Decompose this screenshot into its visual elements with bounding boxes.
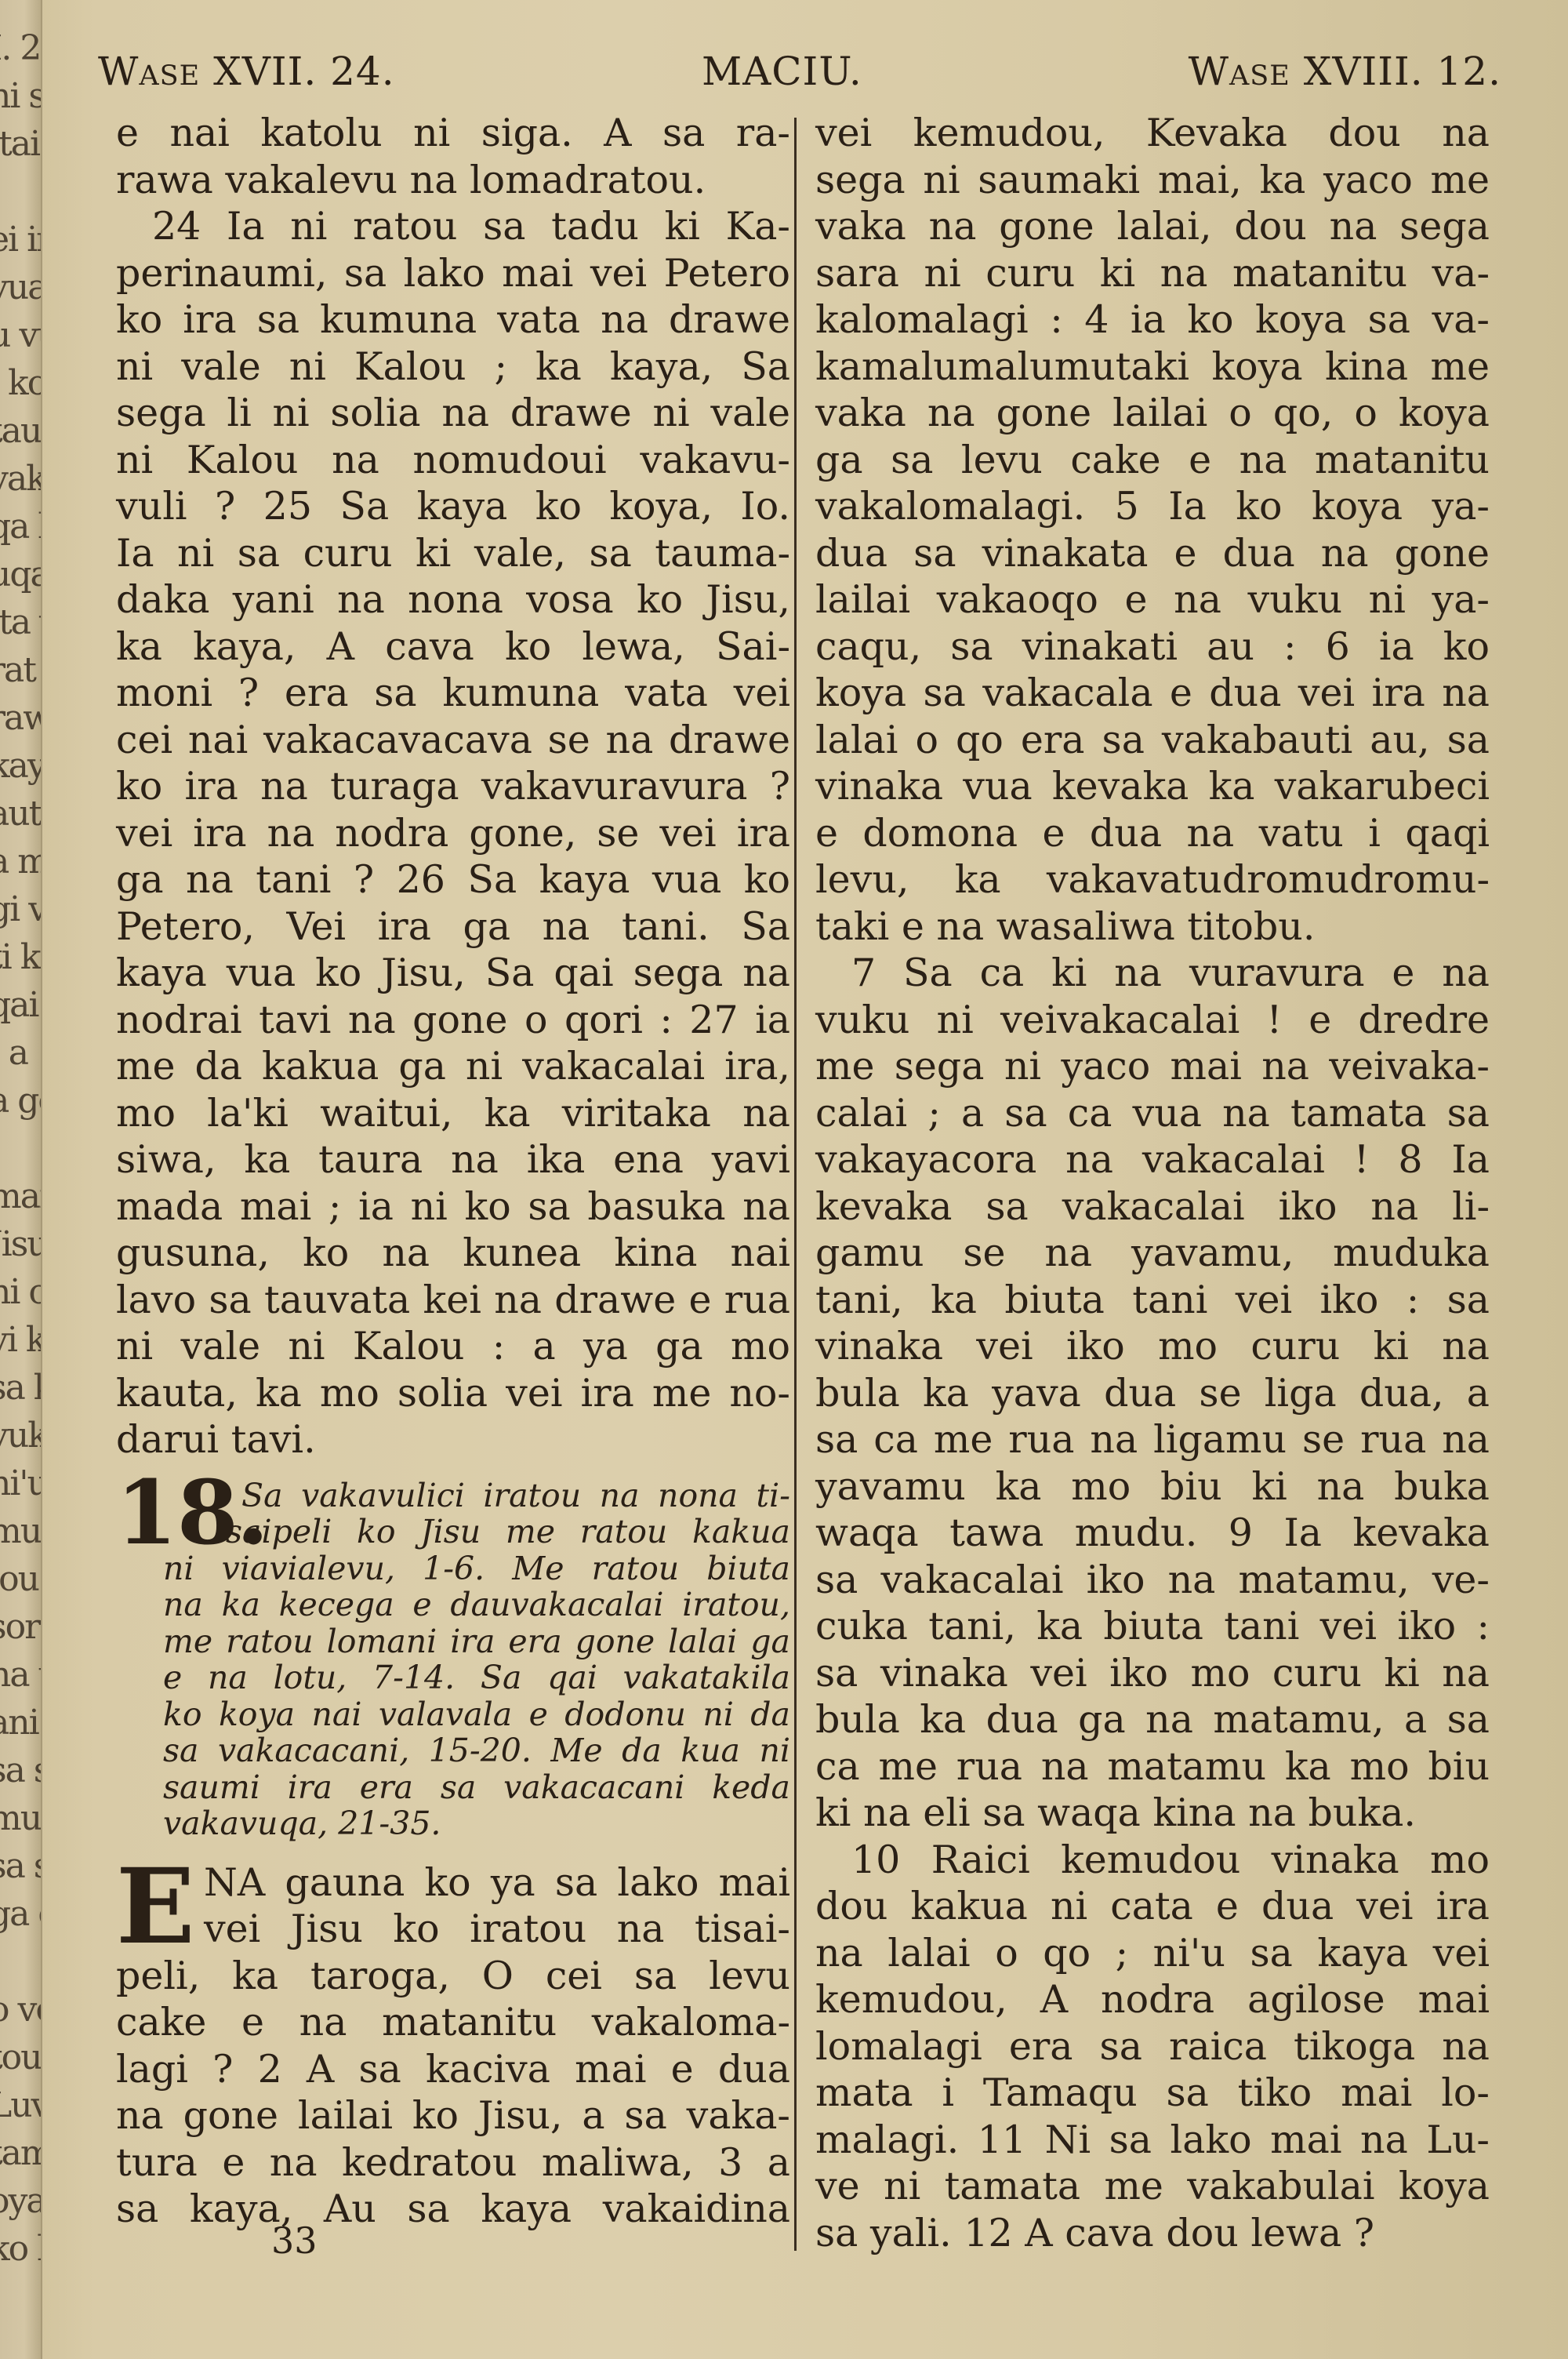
bleed-text: sa ka	[0, 1371, 42, 1405]
bleed-text: gi vi	[0, 892, 42, 927]
bleed-text: a me	[0, 845, 42, 879]
bleed-text: uqa l	[0, 558, 42, 592]
text-line: perinaumi, sa lako mai vei Petero	[116, 250, 790, 297]
bleed-text: ei ir	[0, 223, 42, 257]
bleed-text: ko koy	[0, 2232, 42, 2266]
text-line: ko ira sa kumuna vata na drawe	[116, 296, 790, 343]
bleed-text: o voli	[0, 1993, 42, 2027]
text-line: me ratou lomani ira era gone lalai ga	[116, 1623, 790, 1660]
bleed-text: qai v	[0, 988, 42, 1023]
text-line: mo la'ki waitui, ka viritaka na	[116, 1090, 790, 1137]
text-line: bula ka yava dua se liga dua, a	[815, 1370, 1490, 1417]
text-line: kalomalagi : 4 ia ko koya sa va-	[815, 296, 1490, 343]
bleed-text: Jisu,	[0, 1227, 42, 1262]
bleed-text: tamat	[0, 2136, 42, 2171]
text-line: ni vale ni Kalou : a ya ga mo	[116, 1323, 790, 1370]
bleed-text: I. 2	[0, 31, 42, 66]
text-line: me da kakua ga ni vakacalai ira,	[116, 1043, 790, 1090]
text-line: kauta, ka mo solia vei ira me no-	[116, 1370, 790, 1417]
text-line: waqa tawa mudu. 9 Ia kevaka	[815, 1510, 1490, 1557]
text-line: ko ira na turaga vakavuravura ?	[116, 763, 790, 810]
header-left-reference: Wase XVII. 24.	[98, 49, 395, 94]
bleed-text: sore	[0, 1610, 42, 1645]
text-line: vinaka vua kevaka ka vakarubeci	[815, 763, 1490, 810]
running-header: Wase XVII. 24. MACIU. Wase XVIII. 12.	[98, 49, 1501, 104]
text-line: me sega ni yaco mai na veivaka-	[815, 1043, 1490, 1090]
text-line: yavamu ka mo biu ki na buka	[815, 1463, 1490, 1510]
text-line: na ka kecega e dauvakacalai iratou,	[116, 1587, 790, 1623]
bleed-text: oya,	[0, 2184, 42, 2219]
bleed-text: vi ko	[0, 1323, 42, 1358]
text-line: daka yani na nona vosa ko Jisu,	[116, 576, 790, 623]
text-line: sa vakacalai iko na matamu, ve-	[815, 1557, 1490, 1604]
text-line: 7 Sa ca ki na vuravura e na	[815, 950, 1490, 997]
text-line: peli, ka taroga, O cei sa levu	[116, 1953, 790, 2000]
bleed-text: ni'u	[0, 1467, 42, 1501]
column-divider	[794, 118, 797, 2251]
text-line: kevaka sa vakacalai iko na li-	[815, 1183, 1490, 1230]
bleed-text: ni ca	[0, 1275, 42, 1310]
bleed-text: vak	[0, 462, 42, 496]
right-column-verses: vei kemudou, Kevaka dou nasega ni saumak…	[815, 110, 1490, 2256]
text-line: sa yali. 12 A cava dou lewa ?	[815, 2210, 1490, 2257]
text-line: na lalai o qo ; ni'u sa kaya vei	[815, 1930, 1490, 1977]
bleed-text: tau	[0, 414, 42, 449]
text-line: e na lotu, 7-14. Sa qai vakatakila	[116, 1659, 790, 1696]
text-line: gusuna, ko na kunea kina nai	[116, 1230, 790, 1277]
text-line: caqu, sa vinakati au : 6 ia ko	[815, 623, 1490, 671]
bleed-text: a go	[0, 1084, 42, 1118]
bleed-text: Luve	[0, 2088, 42, 2123]
bleed-text: lou	[0, 1562, 42, 1597]
text-line: ni Kalou na nomudoui vakavu-	[116, 437, 790, 484]
text-line: siwa, ka taura na ika ena yavi	[116, 1136, 790, 1183]
text-line: moni ? era sa kumuna vata vei	[116, 670, 790, 717]
bleed-text: mudo	[0, 1514, 42, 1549]
bleed-text: ; a	[0, 1036, 42, 1070]
text-line: sara ni curu ki na matanitu va-	[815, 250, 1490, 297]
text-line: sa vinaka vei iko mo curu ki na	[815, 1650, 1490, 1697]
left-column-verses: e nai katolu ni siga. A sa ra-rawa vakal…	[116, 110, 790, 1463]
bleed-text: sa se	[0, 1849, 42, 1884]
text-line: ko koya nai valavala e dodonu ni da	[116, 1696, 790, 1733]
bleed-text: qa l	[0, 510, 42, 544]
text-line: lalai o qo era sa vakabauti au, sa	[815, 717, 1490, 764]
bleed-text: raw	[0, 701, 42, 736]
text-line: ni vale ni Kalou ; ka kaya, Sa	[116, 343, 790, 391]
text-line: tani, ka biuta tani vei iko : sa	[815, 1277, 1490, 1324]
text-line: ki na eli sa waqa kina na buka.	[815, 1790, 1490, 1837]
bleed-text: i koy	[0, 366, 42, 401]
text-line: lavo sa tauvata kei na drawe e rua	[116, 1277, 790, 1324]
bleed-text: ni s	[0, 79, 42, 114]
text-line: e domona e dua na vatu i qaqi	[815, 810, 1490, 857]
text-line: calai ; a sa ca vua na tamata sa	[815, 1090, 1490, 1137]
bleed-text: vuku	[0, 1419, 42, 1453]
drop-cap: E	[116, 1864, 195, 1950]
text-line: ka kaya, A cava ko lewa, Sai-	[116, 623, 790, 671]
text-line: sa vakacacani, 15-20. Me da kua ni	[116, 1732, 790, 1769]
bleed-text: rat	[0, 653, 42, 688]
text-line: vaka na gone lailai o qo, o koya	[815, 390, 1490, 437]
text-line: cei nai vakacavacava se na drawe	[116, 717, 790, 764]
bleed-text: ani k	[0, 1706, 42, 1740]
left-column: e nai katolu ni siga. A sa ra-rawa vakal…	[116, 110, 790, 2233]
text-line: mada mai ; ia ni ko sa basuka na	[116, 1183, 790, 1230]
bleed-text: itais	[0, 127, 42, 162]
text-line: vuli ? 25 Sa kaya ko koya, Io.	[116, 483, 790, 530]
text-line: vuku ni veivakacalai ! e dredre	[815, 997, 1490, 1044]
bleed-text: u vu	[0, 318, 42, 353]
text-line: kemudou, A nodra agilose mai	[815, 1976, 1490, 2023]
text-line: dou kakua ni cata e dua vei ira	[815, 1883, 1490, 1930]
header-right-reference: Wase XVIII. 12.	[1189, 49, 1501, 94]
text-line: nodrai tavi na gone o qori : 27 ia	[116, 997, 790, 1044]
text-line: vei ira na nodra gone, se vei ira	[116, 810, 790, 857]
text-line: vei kemudou, Kevaka dou na	[815, 110, 1490, 157]
book-title: MACIU.	[702, 49, 862, 94]
text-line: vakalomalagi. 5 Ia ko koya ya-	[815, 483, 1490, 530]
text-line: Petero, Vei ira ga na tani. Sa	[116, 903, 790, 951]
text-line: cuka tani, ka biuta tani vei iko :	[815, 1603, 1490, 1650]
chapter-opening: E NA gauna ko ya sa lako maivei Jisu ko …	[116, 1859, 790, 2233]
text-line: ca me rua na matamu ka mo biu	[815, 1743, 1490, 1790]
text-line: malagi. 11 Ni sa lako mai na Lu-	[815, 2117, 1490, 2164]
text-line: na gone lailai ko Jisu, a sa vaka-	[116, 2092, 790, 2139]
text-line: ve ni tamata me vakabulai koya	[815, 2163, 1490, 2210]
text-line: vakavuqa, 21-35.	[116, 1805, 790, 1842]
text-line: Ia ni sa curu ki vale, sa tauma-	[116, 530, 790, 577]
bleed-text: tou k	[0, 2041, 42, 2075]
text-line: kamalumalumutaki koya kina me	[815, 343, 1490, 391]
text-line: gamu se na yavamu, muduka	[815, 1230, 1490, 1277]
text-line: 10 Raici kemudou vinaka mo	[815, 1837, 1490, 1884]
text-line: kaya vua ko Jisu, Sa qai sega na	[116, 950, 790, 997]
text-line: vinaka vei iko mo curu ki na	[815, 1323, 1490, 1370]
text-line: sega li ni solia na drawe ni vale	[116, 390, 790, 437]
text-line: ga na tani ? 26 Sa kaya vua ko	[116, 856, 790, 903]
text-line: koya sa vakacala e dua vei ira na	[815, 670, 1490, 717]
book-page: I. 2ni sitaisei irvuau vui koytauvakqa l…	[0, 0, 1568, 2359]
text-line: bula ka dua ga na matamu, a sa	[815, 1696, 1490, 1743]
text-line: vakayacora na vakacalai ! 8 Ia	[815, 1136, 1490, 1183]
text-line: NA gauna ko ya sa lako mai	[116, 1859, 790, 1906]
text-line: dua sa vinakata e dua na gone	[815, 530, 1490, 577]
text-line: ga sa levu cake e na matanitu	[815, 437, 1490, 484]
bleed-text: kay	[0, 749, 42, 783]
bleed-text: auta l	[0, 797, 42, 831]
text-line: sega ni saumaki mai, ka yaco me	[815, 157, 1490, 204]
text-line: lomalagi era sa raica tikoga na	[815, 2023, 1490, 2070]
text-line: lagi ? 2 A sa kaciva mai e dua	[116, 2046, 790, 2093]
text-line: levu, ka vakavatudromudromu-	[815, 856, 1490, 903]
text-line: sa ca me rua na ligamu se rua na	[815, 1416, 1490, 1463]
text-line: lailai vakaoqo e na vuku ni ya-	[815, 576, 1490, 623]
text-line: e nai katolu ni siga. A sa ra-	[116, 110, 790, 157]
text-line: rawa vakalevu na lomadratou.	[116, 157, 790, 204]
text-line: 24 Ia ni ratou sa tadu ki Ka-	[116, 203, 790, 250]
text-line: taki e na wasaliwa titobu.	[815, 903, 1490, 951]
right-column: vei kemudou, Kevaka dou nasega ni saumak…	[815, 110, 1490, 2256]
text-line: tura e na kedratou maliwa, 3 a	[116, 2139, 790, 2186]
bleed-text: mai r	[0, 1179, 42, 1214]
text-line: darui tavi.	[116, 1416, 790, 1463]
bleed-text: ga e	[0, 1897, 42, 1932]
bleed-text: vua	[0, 271, 42, 305]
text-line: mata i Tamaqu sa tiko mai lo-	[815, 2070, 1490, 2117]
bleed-text: mudo	[0, 1801, 42, 1836]
chapter-number: 18.	[116, 1474, 269, 1553]
chapter-summary: 18. Sa vakavulici iratou na nona ti-saip…	[116, 1478, 790, 1842]
text-line: vei Jisu ko iratou na tisai-	[116, 1906, 790, 1953]
bleed-text: ti koy	[0, 940, 42, 975]
bleed-text: sa se	[0, 1754, 42, 1788]
bleed-text: ita v	[0, 605, 42, 640]
previous-page-edge: I. 2ni sitaisei irvuau vui koytauvakqa l…	[0, 0, 42, 2359]
text-line: saumi ira era sa vakacacani keda	[116, 1769, 790, 1806]
text-line: cake e na matanitu vakaloma-	[116, 1999, 790, 2046]
text-line: vaka na gone lalai, dou na sega	[815, 203, 1490, 250]
bleed-text: na ul	[0, 1658, 42, 1692]
page-number: 33	[271, 2219, 318, 2262]
text-line: sa kaya, Au sa kaya vakaidina	[116, 2186, 790, 2233]
